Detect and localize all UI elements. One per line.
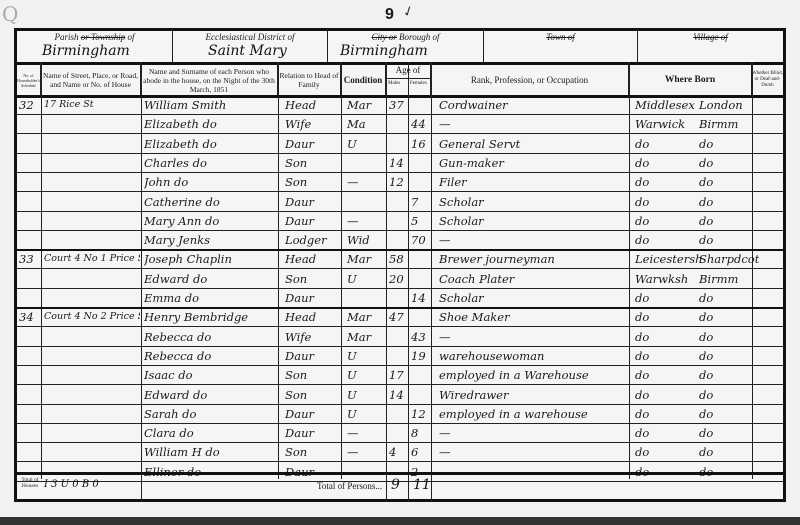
- cell-address: [44, 212, 140, 230]
- cell-schedule: [19, 154, 41, 172]
- table-row: 33Court 4 No 1 Price StreetJoseph Chapli…: [17, 249, 783, 269]
- col-age-males: Males: [388, 79, 400, 88]
- cell-condition: U: [347, 405, 385, 423]
- cell-schedule: [19, 443, 41, 461]
- cell-schedule: [19, 231, 41, 249]
- cell-name: Clara do: [144, 424, 277, 442]
- cell-schedule: 32: [19, 96, 41, 114]
- cell-male-age: [389, 231, 407, 249]
- cell-relation: Daur: [285, 135, 340, 153]
- cell-name: Charles do: [144, 154, 277, 172]
- cell-born-county: do: [635, 193, 705, 211]
- cell-male-age: [389, 212, 407, 230]
- persons-total-label: Total of Persons...: [317, 481, 382, 491]
- cell-schedule: [19, 270, 41, 288]
- cell-name: Rebecca do: [144, 347, 277, 365]
- cell-born-place: do: [699, 366, 759, 384]
- cell-born-county: do: [635, 366, 705, 384]
- cell-male-age: 12: [389, 173, 407, 191]
- cell-female-age: [411, 96, 430, 114]
- cell-male-age: 37: [389, 96, 407, 114]
- cell-address: [44, 289, 140, 307]
- cell-relation: Daur: [285, 405, 340, 423]
- cell-address: [44, 193, 140, 211]
- table-row: Clara doDaur—8—dodo: [17, 423, 783, 443]
- table-row: Isaac doSonU17employed in a Warehousedod…: [17, 365, 783, 385]
- cell-male-age: 14: [389, 386, 407, 404]
- cell-born-county: do: [635, 289, 705, 307]
- cell-name: Mary Jenks: [144, 231, 277, 249]
- col-street: Name of Street, Place, or Road, and Name…: [41, 62, 141, 95]
- parish-value: Birmingham: [42, 43, 130, 59]
- cell-occupation: Scholar: [439, 212, 628, 230]
- cell-female-age: [411, 366, 430, 384]
- cell-female-age: 16: [411, 135, 430, 153]
- cell-schedule: [19, 386, 41, 404]
- cell-occupation: employed in a Warehouse: [439, 366, 628, 384]
- cell-born-place: Birmm: [699, 270, 759, 288]
- cell-born-place: do: [699, 212, 759, 230]
- cell-condition: —: [347, 212, 385, 230]
- cell-address: Court 4 No 2 Price Street: [44, 308, 140, 326]
- cell-female-age: 44: [411, 115, 430, 133]
- cell-name: Edward do: [144, 386, 277, 404]
- cell-male-age: 14: [389, 154, 407, 172]
- cell-female-age: 14: [411, 289, 430, 307]
- cell-condition: U: [347, 347, 385, 365]
- cell-female-age: 8: [411, 424, 430, 442]
- cell-born-place: Birmm: [699, 115, 759, 133]
- cell-condition: —: [347, 424, 385, 442]
- cell-born-county: do: [635, 443, 705, 461]
- village-cell: Village of: [638, 31, 783, 62]
- cell-name: Sarah do: [144, 405, 277, 423]
- table-row: 3217 Rice StWilliam SmithHeadMar37Cordwa…: [17, 95, 783, 115]
- cell-occupation: Gun-maker: [439, 154, 628, 172]
- town-cell: Town of: [484, 31, 638, 62]
- cell-born-county: Warwick: [635, 115, 705, 133]
- cell-condition: [347, 154, 385, 172]
- cell-male-age: [389, 115, 407, 133]
- table-row: 34Court 4 No 2 Price StreetHenry Bembrid…: [17, 307, 783, 327]
- total-males: 9: [391, 477, 400, 493]
- cell-born-place: do: [699, 405, 759, 423]
- cell-address: [44, 386, 140, 404]
- cell-occupation: employed in a warehouse: [439, 405, 628, 423]
- cell-condition: —: [347, 173, 385, 191]
- cell-relation: Son: [285, 366, 340, 384]
- cell-female-age: 70: [411, 231, 430, 249]
- col-name: Name and Surname of each Person who abod…: [141, 62, 278, 95]
- cell-schedule: [19, 173, 41, 191]
- table-row: Charles doSon14Gun-makerdodo: [17, 153, 783, 173]
- cell-born-place: do: [699, 135, 759, 153]
- cell-female-age: [411, 386, 430, 404]
- cell-female-age: 6: [411, 443, 430, 461]
- cell-condition: Wid: [347, 231, 385, 249]
- check-mark-icon: ✓: [400, 3, 417, 23]
- table-row: Edward doSonU20Coach PlaterWarwkshBirmm: [17, 269, 783, 289]
- cell-born-place: Sharpdcot: [699, 250, 759, 268]
- cell-address: [44, 270, 140, 288]
- cell-address: [44, 231, 140, 249]
- cell-condition: Mar: [347, 328, 385, 346]
- cell-born-county: do: [635, 328, 705, 346]
- table-row: Sarah doDaurU12employed in a warehousedo…: [17, 404, 783, 424]
- cell-born-county: Warwksh: [635, 270, 705, 288]
- village-label: Village of: [693, 32, 728, 42]
- cell-relation: Daur: [285, 193, 340, 211]
- cell-name: Emma do: [144, 289, 277, 307]
- col-blind: Whether Blind, or Deaf-and-Dumb: [752, 62, 783, 95]
- cell-female-age: [411, 250, 430, 268]
- cell-relation: Son: [285, 386, 340, 404]
- col-occupation: Rank, Profession, or Occupation: [431, 62, 629, 95]
- cell-born-county: Leicestersh: [635, 250, 705, 268]
- cell-male-age: [389, 193, 407, 211]
- cell-occupation: —: [439, 328, 628, 346]
- cell-relation: Son: [285, 443, 340, 461]
- cell-born-county: Middlesex: [635, 96, 705, 114]
- table-row: Edward doSonU14Wiredrawerdodo: [17, 385, 783, 405]
- cell-address: [44, 347, 140, 365]
- table-row: Mary Ann doDaur—5Scholardodo: [17, 211, 783, 231]
- district-label: Ecclesiastical District of: [173, 32, 327, 42]
- cell-name: Rebecca do: [144, 328, 277, 346]
- cell-address: [44, 173, 140, 191]
- census-sheet: Parish or Township of Birmingham Ecclesi…: [14, 28, 786, 502]
- cell-schedule: [19, 135, 41, 153]
- cell-born-county: do: [635, 135, 705, 153]
- cell-condition: [347, 289, 385, 307]
- col-relation: Relation to Head of Family: [278, 62, 341, 95]
- cell-relation: Daur: [285, 289, 340, 307]
- cell-address: [44, 115, 140, 133]
- cell-born-county: do: [635, 424, 705, 442]
- cell-name: Catherine do: [144, 193, 277, 211]
- cell-occupation: Shoe Maker: [439, 308, 628, 326]
- cell-occupation: —: [439, 115, 628, 133]
- cell-occupation: —: [439, 424, 628, 442]
- cell-condition: U: [347, 386, 385, 404]
- cell-address: [44, 154, 140, 172]
- col-where-born: Where Born: [629, 62, 752, 95]
- district-value: Saint Mary: [208, 43, 287, 59]
- cell-address: [44, 328, 140, 346]
- cell-born-place: do: [699, 443, 759, 461]
- cell-born-county: do: [635, 173, 705, 191]
- cell-born-county: do: [635, 347, 705, 365]
- cell-born-county: do: [635, 386, 705, 404]
- cell-occupation: Cordwainer: [439, 96, 628, 114]
- cell-condition: Mar: [347, 96, 385, 114]
- cell-schedule: [19, 328, 41, 346]
- cell-address: [44, 366, 140, 384]
- table-row: Mary JenksLodgerWid70—dodo: [17, 230, 783, 251]
- cell-born-county: do: [635, 212, 705, 230]
- parish-label: Parish or Township of: [17, 32, 172, 42]
- cell-relation: Head: [285, 250, 340, 268]
- cell-male-age: [389, 424, 407, 442]
- cell-female-age: [411, 270, 430, 288]
- cell-male-age: 58: [389, 250, 407, 268]
- town-label: Town of: [546, 32, 574, 42]
- cell-born-place: do: [699, 386, 759, 404]
- cell-schedule: [19, 212, 41, 230]
- cell-relation: Wife: [285, 328, 340, 346]
- cell-male-age: [389, 289, 407, 307]
- cell-condition: Ma: [347, 115, 385, 133]
- col-age-females: Females: [410, 79, 427, 88]
- cell-female-age: 19: [411, 347, 430, 365]
- column-headers: No. of Householder's Schedule Name of St…: [17, 62, 783, 98]
- total-females: 11: [413, 477, 431, 493]
- cell-born-place: do: [699, 347, 759, 365]
- cell-name: William H do: [144, 443, 277, 461]
- cell-female-age: 5: [411, 212, 430, 230]
- cell-name: Elizabeth do: [144, 115, 277, 133]
- table-row: John doSon—12Filerdodo: [17, 172, 783, 192]
- cell-schedule: 33: [19, 250, 41, 268]
- table-row: Catherine doDaur7Scholardodo: [17, 192, 783, 212]
- cell-condition: U: [347, 270, 385, 288]
- cell-relation: Head: [285, 96, 340, 114]
- cell-occupation: Scholar: [439, 289, 628, 307]
- cell-female-age: 43: [411, 328, 430, 346]
- cell-relation: Son: [285, 270, 340, 288]
- cell-occupation: General Servt: [439, 135, 628, 153]
- cell-born-place: do: [699, 424, 759, 442]
- cell-relation: Son: [285, 173, 340, 191]
- cell-born-place: do: [699, 289, 759, 307]
- cell-born-place: London: [699, 96, 759, 114]
- cell-occupation: Wiredrawer: [439, 386, 628, 404]
- cell-occupation: —: [439, 231, 628, 249]
- cell-male-age: [389, 135, 407, 153]
- cell-name: Isaac do: [144, 366, 277, 384]
- table-row: Rebecca doDaurU19warehousewomandodo: [17, 346, 783, 366]
- scan-edge: [0, 517, 800, 525]
- cell-occupation: Coach Plater: [439, 270, 628, 288]
- cell-born-place: do: [699, 231, 759, 249]
- city-value: Birmingham: [340, 43, 428, 59]
- cell-born-place: do: [699, 173, 759, 191]
- cell-relation: Lodger: [285, 231, 340, 249]
- page-number: 9: [385, 6, 394, 24]
- cell-male-age: [389, 328, 407, 346]
- city-label: City or Borough of: [328, 32, 483, 42]
- cell-name: John do: [144, 173, 277, 191]
- cell-schedule: [19, 289, 41, 307]
- cell-condition: Mar: [347, 308, 385, 326]
- cell-occupation: warehousewoman: [439, 347, 628, 365]
- table-row: Rebecca doWifeMar43—dodo: [17, 327, 783, 347]
- table-row: Emma doDaur14Scholardodo: [17, 288, 783, 309]
- cell-female-age: [411, 308, 430, 326]
- cell-born-county: do: [635, 231, 705, 249]
- cell-condition: Mar: [347, 250, 385, 268]
- cell-female-age: [411, 173, 430, 191]
- cell-condition: U: [347, 366, 385, 384]
- cell-male-age: [389, 347, 407, 365]
- cell-female-age: 12: [411, 405, 430, 423]
- cell-female-age: [411, 154, 430, 172]
- cell-born-place: do: [699, 154, 759, 172]
- header-band: Parish or Township of Birmingham Ecclesi…: [17, 31, 783, 65]
- cell-name: Mary Ann do: [144, 212, 277, 230]
- col-schedule: No. of Householder's Schedule: [17, 62, 41, 95]
- cell-schedule: [19, 115, 41, 133]
- table-row: Elizabeth doDaurU16General Servtdodo: [17, 134, 783, 154]
- cell-schedule: [19, 424, 41, 442]
- cell-schedule: [19, 366, 41, 384]
- cell-name: Henry Bembridge: [144, 308, 277, 326]
- cell-address: [44, 424, 140, 442]
- cell-name: William Smith: [144, 96, 277, 114]
- parish-cell: Parish or Township of Birmingham: [17, 31, 173, 62]
- cell-male-age: 47: [389, 308, 407, 326]
- cell-occupation: Filer: [439, 173, 628, 191]
- city-cell: City or Borough of Birmingham: [328, 31, 484, 62]
- cell-name: Joseph Chaplin: [144, 250, 277, 268]
- cell-relation: Daur: [285, 347, 340, 365]
- cell-occupation: Scholar: [439, 193, 628, 211]
- cell-schedule: [19, 405, 41, 423]
- cell-name: Edward do: [144, 270, 277, 288]
- cell-male-age: 20: [389, 270, 407, 288]
- cell-schedule: 34: [19, 308, 41, 326]
- cell-occupation: —: [439, 443, 628, 461]
- cell-condition: [347, 193, 385, 211]
- cell-relation: Daur: [285, 424, 340, 442]
- cell-condition: —: [347, 443, 385, 461]
- corner-mark: Q: [2, 2, 18, 26]
- cell-relation: Daur: [285, 212, 340, 230]
- cell-schedule: [19, 347, 41, 365]
- cell-born-place: do: [699, 308, 759, 326]
- cell-female-age: 7: [411, 193, 430, 211]
- col-condition: Condition: [341, 62, 386, 95]
- cell-born-place: do: [699, 328, 759, 346]
- cell-born-place: do: [699, 193, 759, 211]
- cell-relation: Son: [285, 154, 340, 172]
- cell-relation: Wife: [285, 115, 340, 133]
- cell-address: [44, 405, 140, 423]
- cell-born-county: do: [635, 154, 705, 172]
- cell-condition: U: [347, 135, 385, 153]
- cell-address: [44, 443, 140, 461]
- cell-male-age: [389, 405, 407, 423]
- houses-total-value: I 3 U 0 B 0: [44, 479, 99, 490]
- cell-occupation: Brewer journeyman: [439, 250, 628, 268]
- cell-born-county: do: [635, 405, 705, 423]
- cell-address: [44, 135, 140, 153]
- totals-row: Total of Houses I 3 U 0 B 0 Total of Per…: [17, 472, 783, 499]
- cell-address: 17 Rice St: [44, 96, 140, 114]
- cell-born-county: do: [635, 308, 705, 326]
- cell-name: Elizabeth do: [144, 135, 277, 153]
- cell-address: Court 4 No 1 Price Street: [44, 250, 140, 268]
- cell-schedule: [19, 193, 41, 211]
- table-row: William H doSon—46—dodo: [17, 442, 783, 462]
- cell-relation: Head: [285, 308, 340, 326]
- table-row: Elizabeth doWifeMa44—WarwickBirmm: [17, 114, 783, 134]
- houses-total-label: Total of Houses: [19, 477, 41, 489]
- cell-male-age: 4: [389, 443, 407, 461]
- district-cell: Ecclesiastical District of Saint Mary: [173, 31, 328, 62]
- cell-male-age: 17: [389, 366, 407, 384]
